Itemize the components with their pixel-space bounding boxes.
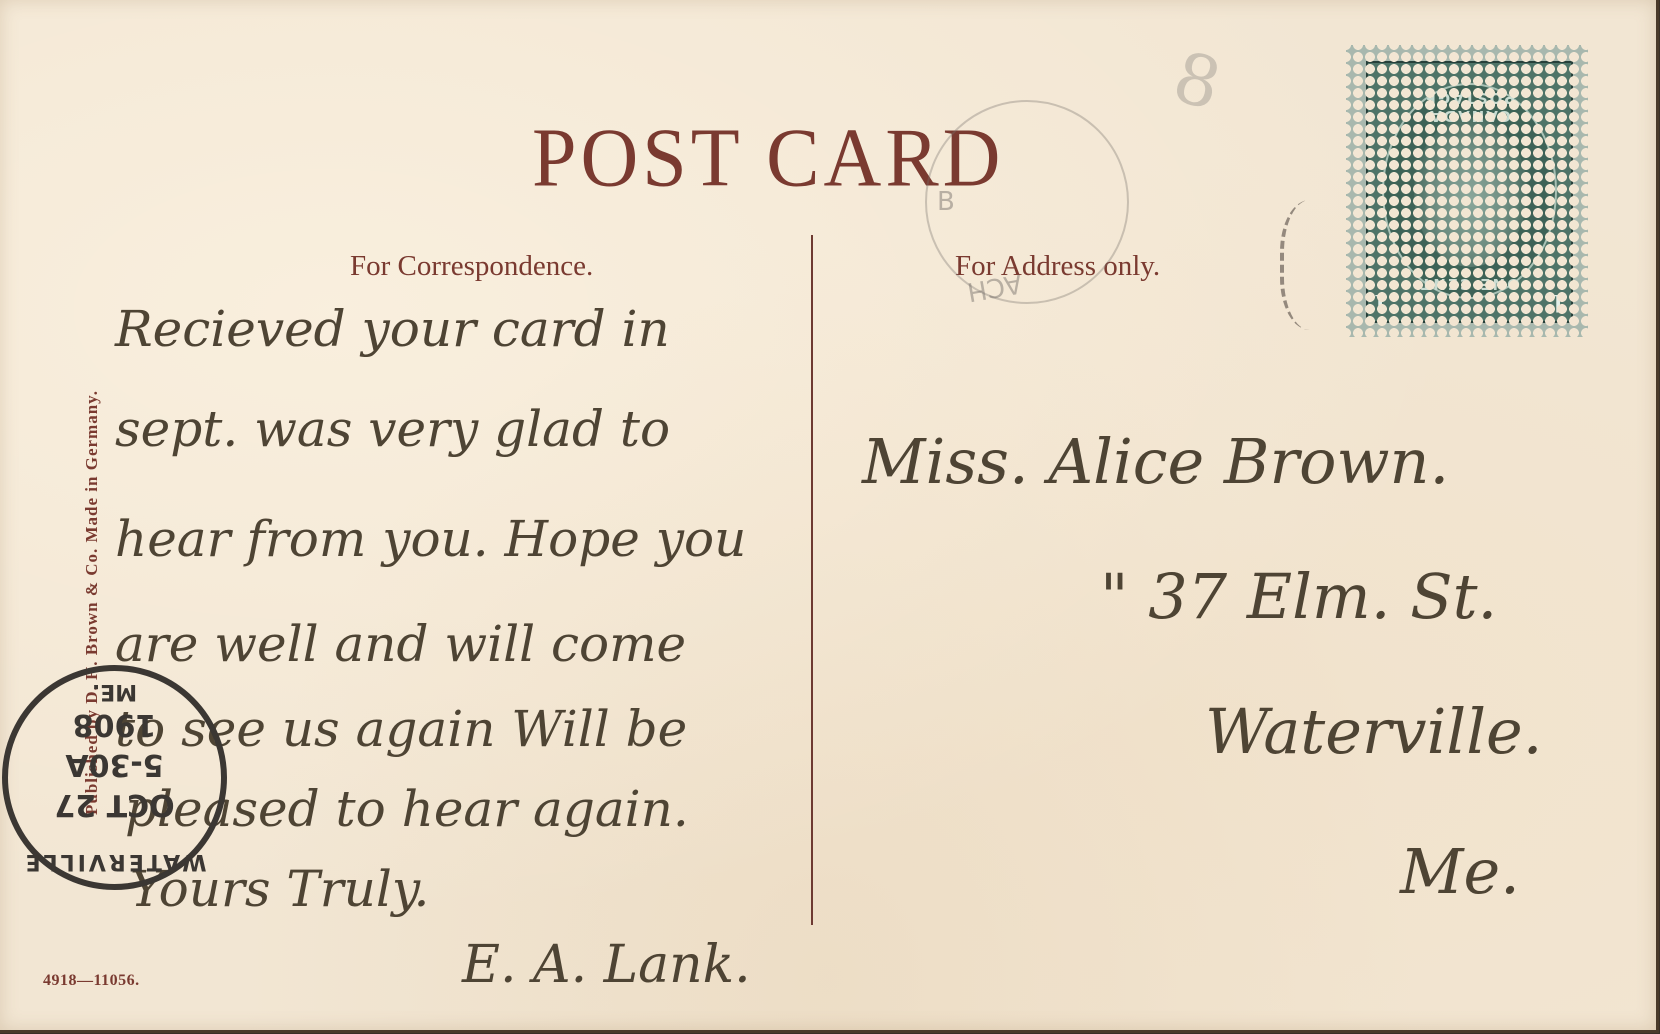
faint-postmark: B ACH bbox=[925, 100, 1129, 304]
catalog-number: 4918—11056. bbox=[43, 972, 140, 990]
message-line: sept. was very glad to bbox=[115, 400, 670, 458]
address-line-street: " 37 Elm. St. bbox=[1100, 560, 1497, 633]
address-line-name: Miss. Alice Brown. bbox=[862, 425, 1449, 498]
faint-postmark-letter: B bbox=[937, 187, 955, 217]
message-line: hear from you. Hope you bbox=[115, 510, 746, 568]
faint-postmark-letter: ACH bbox=[965, 267, 1024, 306]
address-line-state: Me. bbox=[1400, 835, 1520, 908]
pencil-mark: 8 bbox=[1165, 36, 1229, 127]
center-divider bbox=[811, 235, 813, 925]
cancellation-marks bbox=[1280, 200, 1354, 330]
postcard-back: POST CARD For Correspondence. For Addres… bbox=[0, 0, 1659, 1033]
message-line: are well and will come bbox=[115, 615, 686, 673]
stamp-top-text: ONE CENT bbox=[1384, 275, 1555, 293]
postmark-town: WATERVILLE bbox=[8, 849, 221, 874]
postmark-year: 1908 bbox=[8, 707, 221, 742]
message-line: Recieved your card in bbox=[115, 300, 670, 358]
waterville-postmark: WATERVILLE OCT 27 5-30A 1908 ME. bbox=[2, 665, 227, 890]
stamp-oval-frame: ONE CENT CANADA POSTAGE bbox=[1382, 83, 1557, 299]
address-line-city: Waterville. bbox=[1205, 695, 1542, 768]
postmark-date: OCT 27 bbox=[8, 787, 221, 822]
postage-stamp: 1 1 ONE CENT CANADA POSTAGE bbox=[1346, 45, 1588, 337]
postmark-state: ME. bbox=[8, 679, 221, 704]
signature: E. A. Lank. bbox=[462, 935, 751, 995]
correspondence-label: For Correspondence. bbox=[350, 250, 593, 283]
stamp-portrait-icon bbox=[1414, 117, 1527, 267]
stamp-design: 1 1 ONE CENT CANADA POSTAGE bbox=[1366, 61, 1573, 323]
postmark-time: 5-30A bbox=[8, 747, 221, 782]
stamp-bottom-text: CANADA POSTAGE bbox=[1384, 89, 1555, 125]
